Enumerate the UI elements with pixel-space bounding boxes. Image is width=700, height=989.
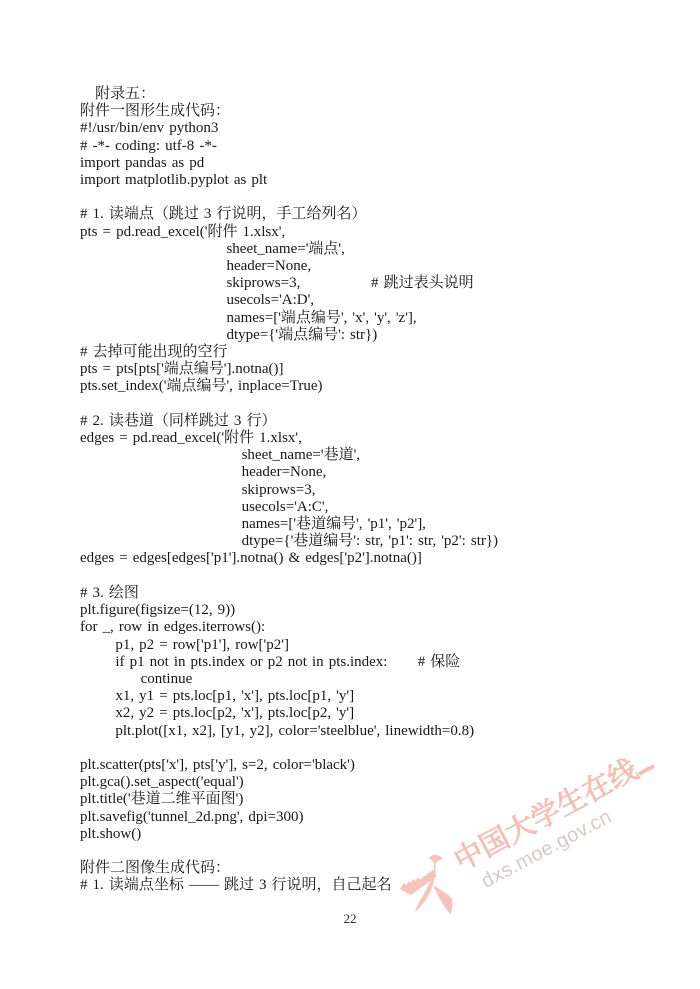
attachment2-heading: 附件二图像生成代码： xyxy=(80,860,660,877)
pdf-page: 中国大学生在线 dxs.moe.gov.cn 附录五： 附件一图形生成代码： #… xyxy=(0,0,700,989)
page-number: 22 xyxy=(0,911,700,927)
attachment1-heading: 附件一图形生成代码： xyxy=(80,103,660,120)
attachment1-code-block: #!/usr/bin/env python3 # -*- coding: utf… xyxy=(80,120,660,843)
attachment2-code-block: # 1. 读端点坐标 —— 跳过 3 行说明，自己起名 xyxy=(80,877,660,894)
document-content: 附录五： 附件一图形生成代码： #!/usr/bin/env python3 #… xyxy=(80,86,660,895)
appendix-title: 附录五： xyxy=(80,86,660,103)
